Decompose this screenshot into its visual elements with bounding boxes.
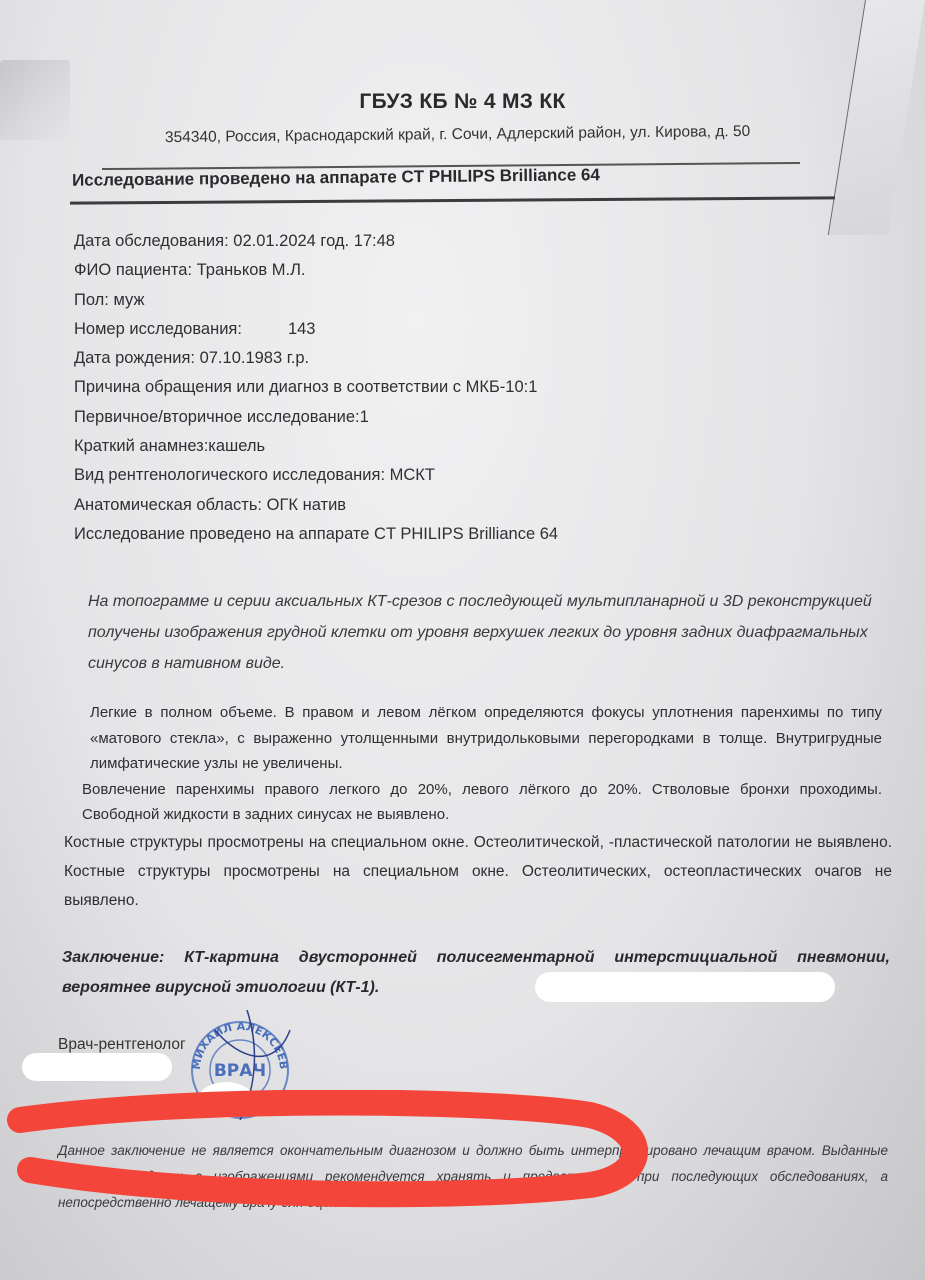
field-sex: Пол: муж — [74, 291, 558, 320]
redaction-mark — [198, 1082, 254, 1118]
redaction-mark — [22, 1053, 172, 1081]
field-equipment: Исследование проведено на аппарате CT PH… — [74, 525, 558, 554]
redaction-mark — [535, 972, 835, 1002]
field-icd-reason: Причина обращения или диагноз в соответс… — [74, 378, 558, 407]
institution-title: ГБУЗ КБ № 4 МЗ КК — [0, 90, 925, 114]
disclaimer: Данное заключение не является окончатель… — [58, 1138, 888, 1216]
findings-bones: Костные структуры просмотрены на специал… — [64, 828, 892, 915]
findings-lungs: Легкие в полном объеме. В правом и левом… — [82, 700, 882, 828]
doctor-title: Врач-рентгенолог — [58, 1036, 186, 1054]
method-paragraph: На топограмме и серии аксиальных КТ-срез… — [88, 586, 878, 679]
field-birth-date: Дата рождения: 07.10.1983 г.р. — [74, 349, 558, 378]
field-anatomic-area: Анатомическая область: ОГК натив — [74, 496, 558, 525]
field-exam-date: Дата обследования: 02.01.2024 год. 17:48 — [74, 232, 558, 261]
findings-lungs-1: Легкие в полном объеме. В правом и левом… — [82, 700, 882, 777]
field-study-number: Номер исследования:143 — [74, 320, 558, 349]
field-primary-secondary: Первичное/вторичное исследование:1 — [74, 408, 558, 437]
field-anamnesis: Краткий анамнез:кашель — [74, 437, 558, 466]
field-study-type: Вид рентгенологического исследования: МС… — [74, 466, 558, 495]
conclusion-label: Заключение: — [62, 949, 164, 966]
findings-lungs-2: Вовлечение паренхимы правого легкого до … — [82, 777, 882, 828]
svg-text:ВРАЧ: ВРАЧ — [214, 1061, 266, 1081]
patient-fields: Дата обследования: 02.01.2024 год. 17:48… — [74, 232, 558, 554]
field-patient-name: ФИО пациента: Траньков М.Л. — [74, 261, 558, 290]
